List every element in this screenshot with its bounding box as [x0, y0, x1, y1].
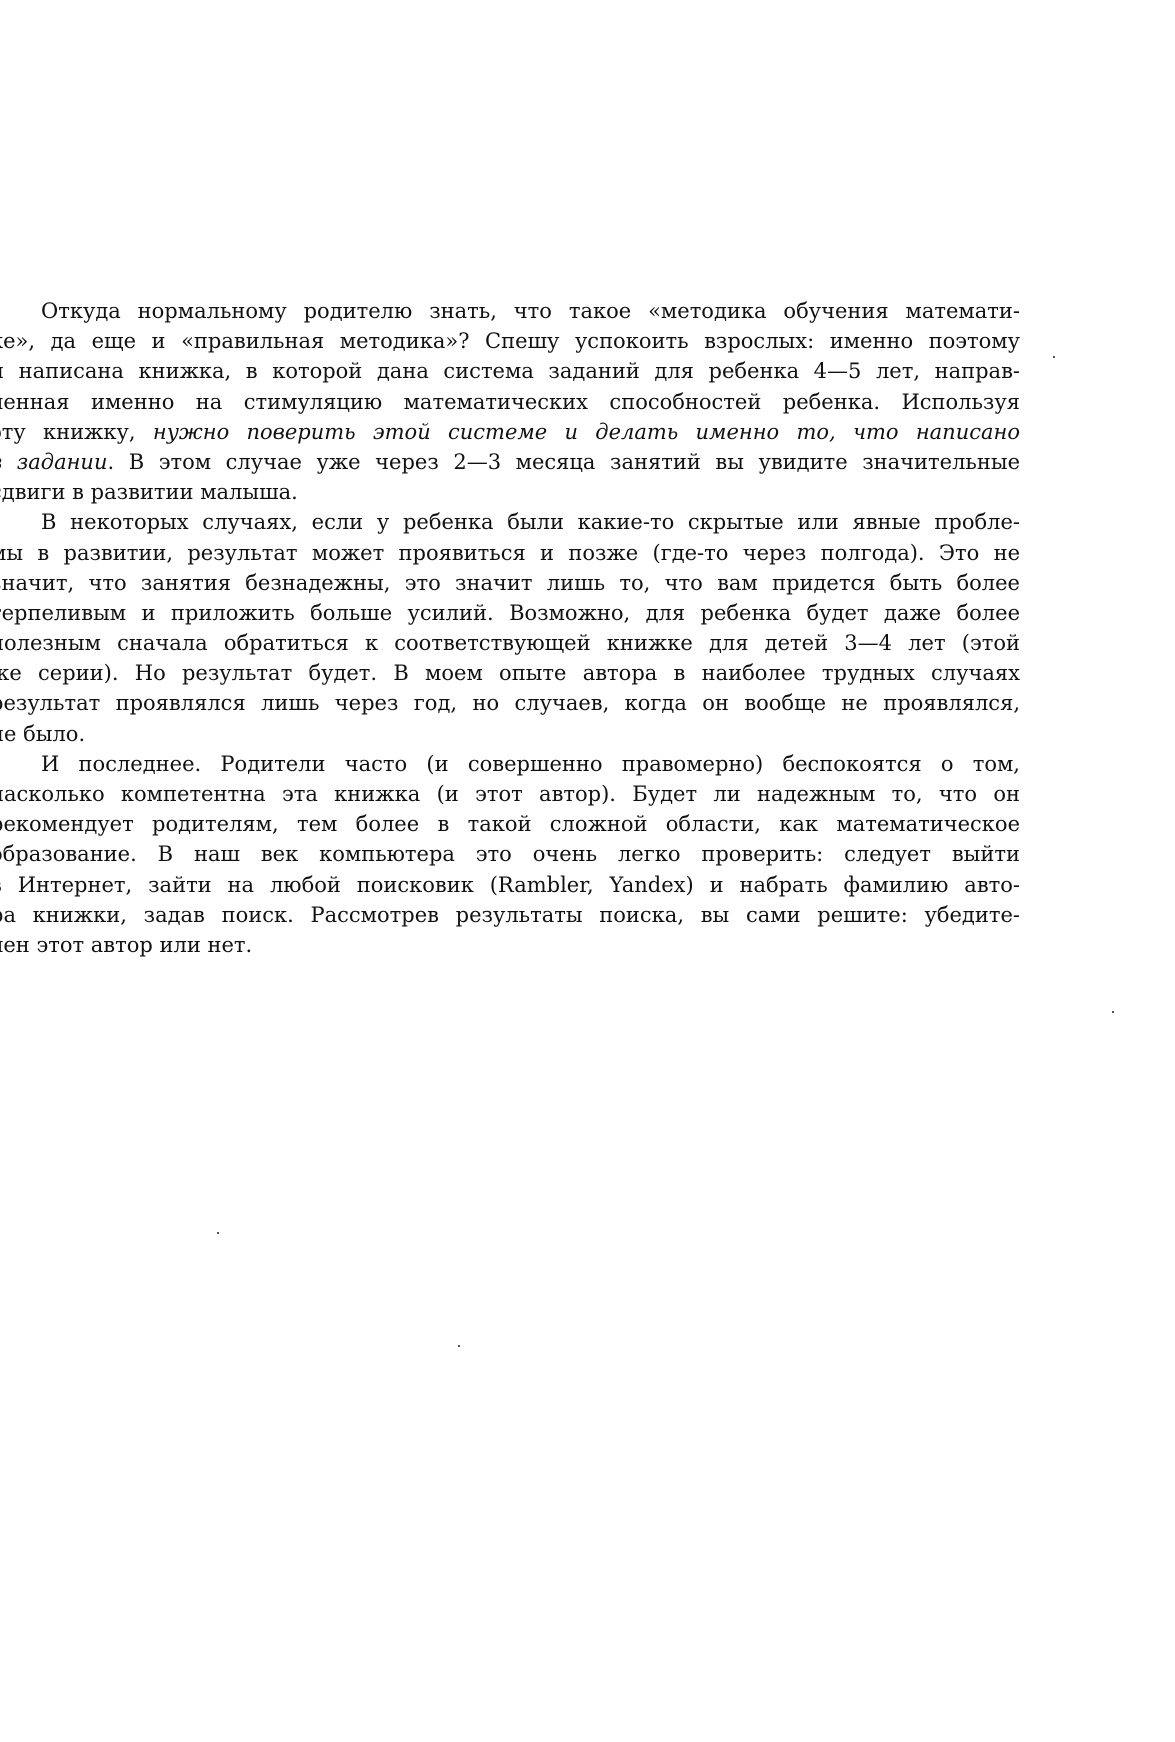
- text-segment: в Интернет, зайти на любой поисковик (Ra…: [0, 873, 1020, 897]
- text-line: в Интернет, зайти на любой поисковик (Ra…: [0, 870, 1020, 900]
- text-line: сдвиги в развитии малыша.: [0, 477, 1020, 507]
- text-line: ра книжки, задав поиск. Рассмотрев резул…: [0, 900, 1020, 930]
- text-segment: И последнее. Родители часто (и совершенн…: [41, 752, 1020, 776]
- text-segment: эту книжку,: [0, 420, 153, 444]
- text-segment: не было.: [0, 722, 85, 746]
- scan-speck: [1053, 356, 1055, 358]
- text-line: же серии). Но результат будет. В моем оп…: [0, 658, 1020, 688]
- text-segment: лен этот автор или нет.: [0, 933, 252, 957]
- body-text: Откуда нормальному родителю знать, что т…: [0, 296, 1020, 960]
- text-line: эту книжку, нужно поверить этой системе …: [0, 417, 1020, 447]
- text-segment: полезным сначала обратиться к соответств…: [0, 631, 1020, 655]
- text-segment: насколько компетентна эта книжка (и этот…: [0, 782, 1020, 806]
- text-segment: ке», да еще и «правильная методика»? Спе…: [0, 329, 1020, 353]
- scan-speck: [217, 1232, 219, 1234]
- text-line: терпеливым и приложить больше усилий. Во…: [0, 598, 1020, 628]
- text-line: Откуда нормальному родителю знать, что т…: [0, 296, 1020, 326]
- scan-speck: [1112, 1011, 1114, 1013]
- text-segment: ленная именно на стимуляцию математическ…: [0, 390, 1020, 414]
- text-segment: рекомендует родителям, тем более в такой…: [0, 812, 1020, 836]
- text-line: образование. В наш век компьютера это оч…: [0, 839, 1020, 869]
- text-segment: сдвиги в развитии малыша.: [0, 480, 298, 504]
- text-segment: и написана книжка, в которой дана систем…: [0, 359, 1020, 383]
- text-line: И последнее. Родители часто (и совершенн…: [0, 749, 1020, 779]
- text-line: ленная именно на стимуляцию математическ…: [0, 387, 1020, 417]
- text-line: В некоторых случаях, если у ребенка были…: [0, 507, 1020, 537]
- scanned-book-page: Откуда нормальному родителю знать, что т…: [0, 0, 1175, 1742]
- text-line: не было.: [0, 719, 1020, 749]
- text-segment: мы в развитии, результат может проявитьс…: [0, 541, 1020, 565]
- text-segment: образование. В наш век компьютера это оч…: [0, 842, 1020, 866]
- text-segment: . В этом случае уже через 2—3 месяца зан…: [107, 450, 1020, 474]
- text-line: ке», да еще и «правильная методика»? Спе…: [0, 326, 1020, 356]
- text-line: лен этот автор или нет.: [0, 930, 1020, 960]
- text-line: мы в развитии, результат может проявитьс…: [0, 538, 1020, 568]
- scan-speck: [458, 1345, 460, 1347]
- italic-emphasis: в задании: [0, 450, 107, 474]
- paragraph-3: И последнее. Родители часто (и совершенн…: [0, 749, 1020, 960]
- text-line: и написана книжка, в которой дана систем…: [0, 356, 1020, 386]
- text-line: рекомендует родителям, тем более в такой…: [0, 809, 1020, 839]
- text-line: насколько компетентна эта книжка (и этот…: [0, 779, 1020, 809]
- text-line: полезным сначала обратиться к соответств…: [0, 628, 1020, 658]
- text-segment: же серии). Но результат будет. В моем оп…: [0, 661, 1020, 685]
- paragraph-1: Откуда нормальному родителю знать, что т…: [0, 296, 1020, 507]
- text-line: значит, что занятия безнадежны, это знач…: [0, 568, 1020, 598]
- text-segment: значит, что занятия безнадежны, это знач…: [0, 571, 1020, 595]
- text-line: в задании. В этом случае уже через 2—3 м…: [0, 447, 1020, 477]
- text-segment: Откуда нормальному родителю знать, что т…: [41, 299, 1020, 323]
- paragraph-2: В некоторых случаях, если у ребенка были…: [0, 507, 1020, 749]
- text-segment: В некоторых случаях, если у ребенка были…: [41, 510, 1020, 534]
- text-segment: ра книжки, задав поиск. Рассмотрев резул…: [0, 903, 1020, 927]
- text-segment: терпеливым и приложить больше усилий. Во…: [0, 601, 1020, 625]
- italic-emphasis: нужно поверить этой системе и делать име…: [153, 420, 1020, 444]
- text-line: результат проявлялся лишь через год, но …: [0, 688, 1020, 718]
- text-segment: результат проявлялся лишь через год, но …: [0, 691, 1020, 715]
